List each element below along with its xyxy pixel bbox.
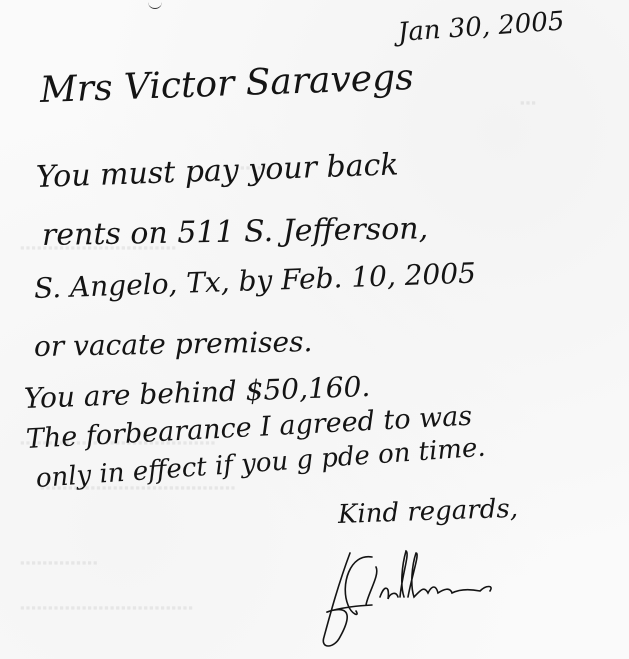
pen-mark — [148, 2, 162, 9]
bleed-through-text: ▪▪▪▪▪▪▪▪▪▪▪▪▪▪ — [20, 555, 99, 571]
letter-body-line: You must pay your back — [35, 147, 399, 195]
bleed-through-text: ▪▪▪ — [520, 95, 537, 111]
letter-body-line: rents on 511 S. Jefferson, — [42, 211, 429, 253]
letter-body-line: S. Angelo, Tx, by Feb. 10, 2005 — [33, 257, 476, 305]
signature: J Sullivan — [310, 545, 550, 655]
bleed-through-text: ▪▪▪▪▪▪▪▪▪▪▪▪▪▪▪▪▪▪▪▪▪▪▪▪▪▪▪▪▪▪▪ — [20, 600, 194, 616]
letter-date: Jan 30, 2005 — [397, 6, 565, 48]
letter-salutation: Mrs Victor Saravegs — [39, 57, 414, 111]
letter-closing: Kind regards, — [337, 494, 518, 530]
letter-page: ▪▪▪ ▪▪▪▪▪▪ ▪▪▪▪▪▪▪▪▪▪▪▪▪▪▪▪▪▪▪▪▪▪▪▪▪▪▪▪ … — [0, 0, 629, 659]
letter-body-line: or vacate premises. — [34, 325, 313, 363]
